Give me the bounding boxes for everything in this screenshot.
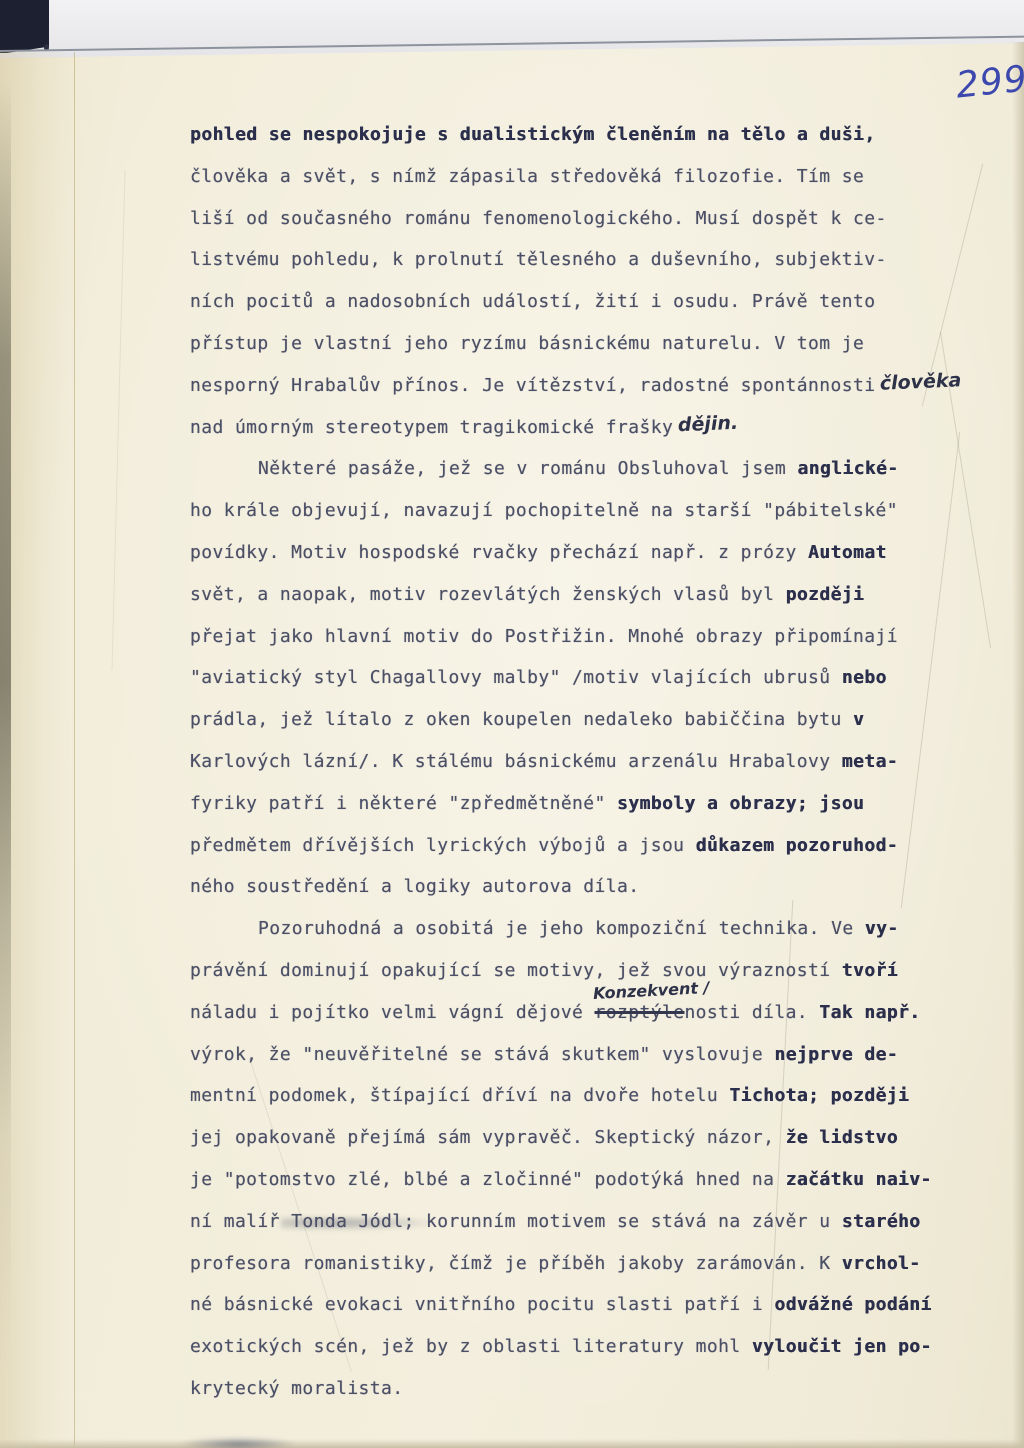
scanner-background-band: [0, 0, 1024, 60]
typed-text: nebo: [842, 667, 887, 688]
text-line: fyriky patří i některé "zpředmětněné" sy…: [190, 783, 980, 825]
text-line: nad úmorným stereotypem tragikomické fra…: [190, 407, 980, 449]
text-line: mentní podomek, štípající dříví na dvoře…: [190, 1075, 980, 1117]
text-line: právění dominují opakující se motivy, je…: [190, 950, 980, 992]
typed-text: náladu i pojítko velmi vágní dějové: [190, 1002, 595, 1023]
typed-text: prádla, jež lítalo z oken koupelen nedal…: [190, 709, 853, 730]
typed-text: přístup je vlastní jeho ryzímu básnickém…: [190, 333, 864, 354]
typed-text: že lidstvo: [786, 1127, 898, 1148]
typed-text: Tonda Jódl;: [291, 1211, 415, 1232]
text-line: profesora romanistiky, čímž je příběh ja…: [190, 1243, 980, 1285]
text-line: svět, a naopak, motiv rozevlátých ženský…: [190, 574, 980, 616]
text-line: ních pocitů a nadosobních událostí, žití…: [190, 281, 980, 323]
typed-text: důkazem pozoruhod-: [696, 835, 898, 856]
bottom-ink-smudge: [178, 1437, 298, 1448]
text-line: Některé pasáže, jež se v románu Obsluhov…: [190, 448, 980, 490]
typed-text: né básnické evokaci vnitřního pocitu sla…: [190, 1294, 774, 1315]
text-line: jej opakovaně přejímá sám vypravěč. Skep…: [190, 1117, 980, 1159]
text-line: předmětem dřívějších lyrických výbojů a …: [190, 825, 980, 867]
typed-text: člověka a svět, s nímž zápasila středově…: [190, 166, 864, 187]
typed-text: exotických scén, jež by z oblasti litera…: [190, 1336, 752, 1357]
typed-text: fyriky patří i některé "zpředmětněné": [190, 793, 617, 814]
scanned-page: 299 pohled se nespokojuje s dualistickým…: [0, 0, 1024, 1448]
typed-text: začátku naiv-: [786, 1169, 932, 1190]
typed-text: nad úmorným stereotypem tragikomické fra…: [190, 417, 673, 438]
typed-text: tvoří: [842, 960, 898, 981]
typed-text: anglické-: [797, 458, 898, 479]
typed-text: povídky. Motiv hospodské rvačky přechází…: [190, 542, 808, 563]
typed-text: ného soustředění a logiky autorova díla.: [190, 876, 639, 897]
typed-text: Automat: [808, 542, 887, 563]
typed-text: přejat jako hlavní motiv do Postřižin. M…: [190, 626, 898, 647]
page-left-fold: [0, 52, 75, 1448]
text-line: ní malíř Tonda Jódl; korunním motivem se…: [190, 1201, 980, 1243]
text-line: přístup je vlastní jeho ryzímu básnickém…: [190, 323, 980, 365]
text-line: je "potomstvo zlé, blbé a zločinné" podo…: [190, 1159, 980, 1201]
text-line: náladu i pojítko velmi vágní dějové rozp…: [190, 992, 980, 1034]
text-line: výrok, že "neuvěřitelné se stává skutkem…: [190, 1034, 980, 1076]
text-line: pohled se nespokojuje s dualistickým čle…: [190, 114, 980, 156]
text-line: člověka a svět, s nímž zápasila středově…: [190, 156, 980, 198]
text-line: prádla, jež lítalo z oken koupelen nedal…: [190, 699, 980, 741]
typed-text: vyloučit jen po-: [752, 1336, 932, 1357]
typed-text: pohled se nespokojuje s dualistickým čle…: [190, 124, 875, 145]
typed-text: liší od současného románu fenomenologick…: [190, 208, 887, 229]
typed-text: mentní podomek, štípající dříví na dvoře…: [190, 1085, 729, 1106]
typed-text: vy-: [865, 918, 899, 939]
typed-text: jej opakovaně přejímá sám vypravěč. Skep…: [190, 1127, 786, 1148]
text-line: přejat jako hlavní motiv do Postřižin. M…: [190, 616, 980, 658]
typed-text: meta-: [842, 751, 898, 772]
page-bottom-edge: [0, 1439, 1024, 1448]
typed-text: krytecký moralista.: [190, 1378, 404, 1399]
typed-text: později: [786, 584, 865, 605]
typed-text: předmětem dřívějších lyrických výbojů a …: [190, 835, 696, 856]
text-line: exotických scén, jež by z oblasti litera…: [190, 1326, 980, 1368]
typed-text: Některé pasáže, jež se v románu Obsluhov…: [258, 458, 797, 479]
typed-text: "aviatický styl Chagallovy malby" /motiv…: [190, 667, 842, 688]
text-line: povídky. Motiv hospodské rvačky přechází…: [190, 532, 980, 574]
text-line: ného soustředění a logiky autorova díla.: [190, 866, 980, 908]
handwritten-correction: Konzekvent /: [592, 967, 710, 1015]
dark-corner-block: [0, 0, 49, 53]
text-line: Karlových lázní/. K stálému básnickému a…: [190, 741, 980, 783]
correction-holder: rozptýleKonzekvent /: [595, 992, 685, 1034]
typed-text: symboly a obrazy; jsou: [617, 793, 864, 814]
typewritten-text-block: pohled se nespokojuje s dualistickým čle…: [190, 114, 980, 1410]
typed-text: odvážné podání: [774, 1294, 931, 1315]
text-line: listvému pohledu, k prolnutí tělesného a…: [190, 239, 980, 281]
typed-text: ho krále objevují, navazují pochopitelně…: [190, 500, 898, 521]
text-line: né básnické evokaci vnitřního pocitu sla…: [190, 1284, 980, 1326]
typed-text: starého: [842, 1211, 921, 1232]
typed-text: profesora romanistiky, čímž je příběh ja…: [190, 1253, 842, 1274]
paper-crease: [111, 170, 125, 670]
typed-text: Karlových lázní/. K stálému básnickému a…: [190, 751, 842, 772]
handwritten-annotation: člověka: [879, 360, 962, 405]
page-left-dark-edge: [0, 52, 11, 1448]
typed-text: ních pocitů a nadosobních událostí, žití…: [190, 291, 875, 312]
handwritten-annotation: dějin.: [677, 402, 739, 446]
page-right-edge-shadow: [1012, 42, 1024, 1448]
typed-text: v: [853, 709, 864, 730]
text-line: Pozoruhodná a osobitá je jeho kompoziční…: [190, 908, 980, 950]
typed-text: vrchol-: [842, 1253, 921, 1274]
text-line: krytecký moralista.: [190, 1368, 980, 1410]
typed-text: korunním motivem se stává na závěr u: [415, 1211, 842, 1232]
text-line: liší od současného románu fenomenologick…: [190, 198, 980, 240]
typed-text: Tichota; později: [729, 1085, 909, 1106]
typed-text: je "potomstvo zlé, blbé a zločinné" podo…: [190, 1169, 786, 1190]
handwritten-page-number: 299: [954, 58, 1024, 106]
typed-text: Tak např.: [819, 1002, 920, 1023]
text-line: ho krále objevují, navazují pochopitelně…: [190, 490, 980, 532]
typed-text: ní malíř: [190, 1211, 291, 1232]
text-line: nesporný Hrabalův přínos. Je vítězství, …: [190, 365, 980, 407]
typed-text: Pozoruhodná a osobitá je jeho kompoziční…: [258, 918, 865, 939]
typed-text: výrok, že "neuvěřitelné se stává skutkem…: [190, 1044, 774, 1065]
typed-text: listvému pohledu, k prolnutí tělesného a…: [190, 249, 887, 270]
typed-text: právění dominují opakující se motivy, je…: [190, 960, 842, 981]
typed-text: nejprve de-: [774, 1044, 898, 1065]
text-line: "aviatický styl Chagallovy malby" /motiv…: [190, 657, 980, 699]
typed-text: svět, a naopak, motiv rozevlátých ženský…: [190, 584, 786, 605]
typed-text: nesporný Hrabalův přínos. Je vítězství, …: [190, 375, 875, 396]
